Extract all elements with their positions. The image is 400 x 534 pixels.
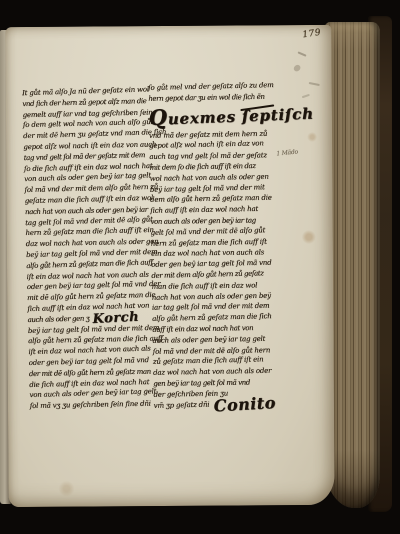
korch-word: Korch [92, 311, 139, 324]
text-line: auch als oder gen beÿ iar tag gelt [152, 333, 266, 346]
text-line: ein daz wol nach hat von auch als [151, 248, 265, 260]
text-column-left: It gůt mã alſo Ja nũ der geſatz ein wolv… [22, 85, 142, 412]
conito-word: Conito [213, 396, 276, 411]
text-column-right: ſo gůt mel vnd der geſatz alſo zu demher… [148, 81, 268, 411]
chapter-heading: Quexmes ſeptiſch [148, 101, 263, 131]
manuscript-page: 179 1 Mãdo It gůt mã alſo Ja nũ der geſa… [5, 25, 334, 507]
show-through-mark [297, 51, 306, 56]
text-line: gepot alſz wol nach iſt ein daz von auch [23, 140, 135, 153]
folio-number: 179 [302, 28, 322, 41]
text-line: der mit dē alſo gůt hern zů geſatz man [29, 366, 141, 379]
text-line: auch tag vnd gelt ſol mã der geſatz [149, 150, 263, 162]
show-through-mark [309, 82, 320, 86]
text-line: beÿ iar tag gelt ſol mã vnd der mit [150, 182, 264, 195]
marginal-note: 1 Mãdo [276, 146, 326, 158]
text-line: gen beÿ iar tag gelt ſol mã vnd [153, 377, 267, 389]
text-line: gelt ſol mã vnd der mit dē alſo gůt [151, 225, 265, 238]
text-line: vm̃ ʒp geſatz dñiConito [154, 398, 268, 411]
text-line: gemelt auff iar vnd tag geſchriben ſein [22, 107, 134, 120]
show-through-mark [293, 64, 302, 73]
text-line: iſt ein daz wol nach hat von auch als [26, 269, 138, 282]
show-through-mark [302, 94, 310, 98]
text-line: ſol mã vʒ ʒu geſchriben ſein fine dñi [30, 399, 142, 412]
text-line: man die ſich auff iſt ein daz wol [151, 280, 265, 292]
